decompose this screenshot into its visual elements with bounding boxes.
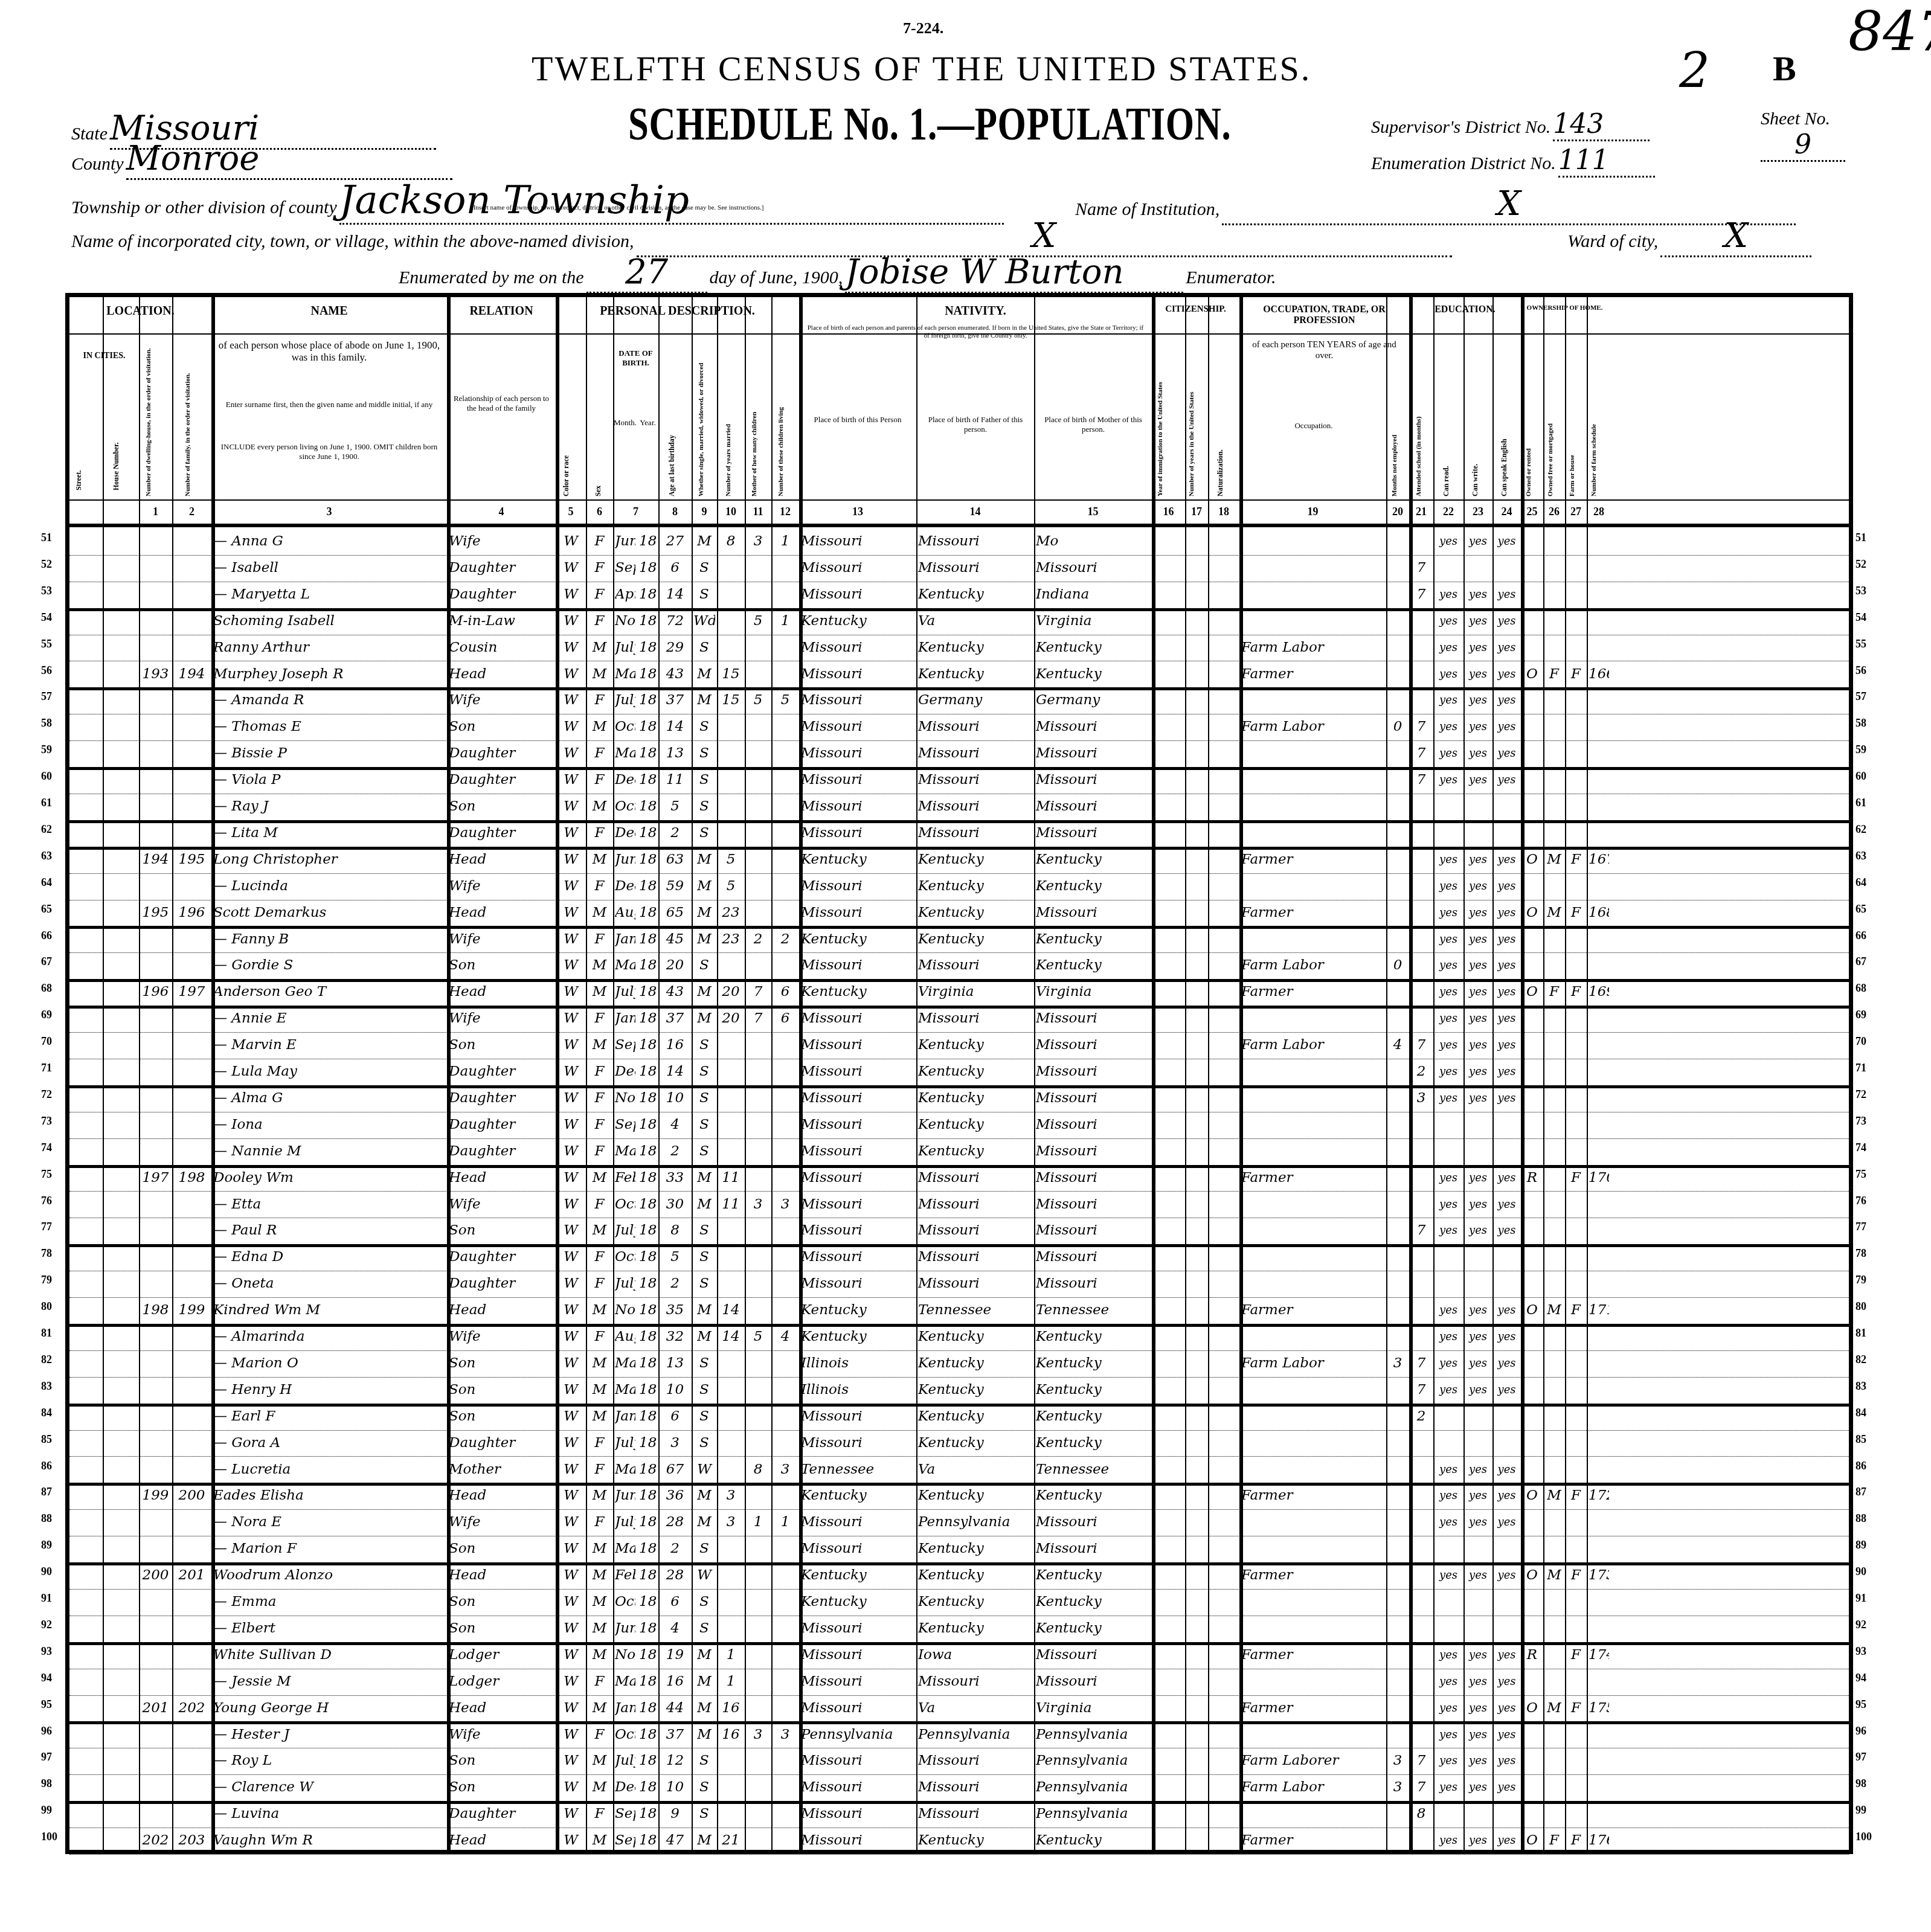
cell-color: W	[557, 1032, 584, 1059]
cell-pobf: Kentucky	[918, 582, 1032, 608]
cell-fs: 167	[1589, 847, 1609, 873]
cell-sch: 7	[1411, 1774, 1431, 1801]
cell-pobm: Kentucky	[1036, 926, 1150, 953]
line-number-left: 73	[41, 1115, 52, 1128]
cell-pob: Missouri	[801, 582, 914, 608]
cell-ms: Wd	[693, 608, 715, 635]
line-number-right: 62	[1855, 823, 1866, 836]
cell-year: 1856	[639, 1695, 657, 1722]
cell-pobm: Pennsylvania	[1036, 1748, 1150, 1774]
cell-read: yes	[1435, 661, 1462, 688]
cell-pob: Missouri	[801, 635, 914, 661]
cell-color: W	[557, 1112, 584, 1138]
cell-age: 67	[660, 1457, 690, 1483]
cell-write: yes	[1465, 1350, 1491, 1377]
table-row: — Edna DDaughterWFOct18945SMissouriMisso…	[69, 1244, 1849, 1271]
cell-month: Aug	[615, 900, 635, 926]
line-number-left: 76	[41, 1195, 52, 1207]
line-number-left: 78	[41, 1247, 52, 1260]
line-number-right: 77	[1855, 1221, 1866, 1233]
cell-own: R	[1523, 1165, 1541, 1192]
cell-pobm: Missouri	[1036, 555, 1150, 582]
line-number-right: 98	[1855, 1777, 1866, 1790]
header-owned-rented: Owned or rented	[1525, 388, 1532, 496]
cell-ms: M	[693, 1722, 715, 1748]
header-marital: Whether single, married, widowed, or div…	[698, 345, 705, 496]
cell-occ: Farmer	[1241, 661, 1384, 688]
line-number-left: 87	[41, 1486, 52, 1498]
line-number-left: 96	[41, 1725, 52, 1738]
cell-mu: 3	[1388, 1748, 1407, 1774]
header-farm-schedule: Number of farm schedule	[1590, 345, 1598, 496]
cell-pobf: Kentucky	[918, 1059, 1032, 1085]
cell-mc: 3	[747, 528, 770, 555]
line-number-right: 73	[1855, 1115, 1866, 1128]
cell-mc: 7	[747, 1006, 770, 1032]
cell-ym: 8	[719, 528, 743, 555]
cell-rel: Wife	[449, 1192, 554, 1218]
table-row: — Amanda RWifeWFJuly186237M1555MissouriG…	[69, 687, 1849, 714]
line-number-right: 99	[1855, 1804, 1866, 1817]
cell-mu: 3	[1388, 1350, 1407, 1377]
cell-own: O	[1523, 1297, 1541, 1324]
cell-color: W	[557, 740, 584, 767]
cell-eng: yes	[1494, 1748, 1519, 1774]
supervisor-district-label: Supervisor's District No.	[1371, 117, 1550, 137]
sheet-number-label: Sheet No.	[1761, 109, 1845, 129]
cell-write: yes	[1465, 1297, 1491, 1324]
cell-pobf: Missouri	[918, 528, 1032, 555]
cell-name: — Henry H	[213, 1377, 445, 1404]
cell-year: 1872	[639, 528, 657, 555]
cell-pobm: Missouri	[1036, 1032, 1150, 1059]
cell-fh: F	[1567, 1165, 1585, 1192]
cell-own: O	[1523, 900, 1541, 926]
cell-name: — Lula May	[213, 1059, 445, 1085]
cell-read: yes	[1435, 528, 1462, 555]
ward-label: Ward of city,	[1567, 231, 1658, 251]
cell-month: Aug	[615, 1324, 635, 1350]
corner-stamp: 847	[1848, 0, 1931, 63]
cell-ms: S	[693, 1350, 715, 1377]
cell-fs: 169	[1589, 979, 1609, 1006]
population-schedule-table: LOCATION. IN CITIES. Street. House Numbe…	[65, 293, 1853, 1854]
line-number-right: 82	[1855, 1353, 1866, 1366]
cell-name: Long Christopher	[213, 847, 445, 873]
cell-rel: Head	[449, 1695, 554, 1722]
cell-pobf: Kentucky	[918, 1483, 1032, 1509]
enumerator-label: Enumerator.	[1186, 268, 1276, 287]
cell-year: 1895	[639, 1112, 657, 1138]
cell-ms: S	[693, 1536, 715, 1562]
table-row: — AlmarindaWifeWFAug186732M1454KentuckyK…	[69, 1324, 1849, 1351]
cell-ms: S	[693, 1138, 715, 1165]
header-age: Age at last birthday	[667, 376, 676, 496]
cell-name: — Edna D	[213, 1244, 445, 1271]
cell-pobm: Mo	[1036, 528, 1150, 555]
table-row: 194195Long ChristopherHeadWMJun183663M5K…	[69, 847, 1849, 874]
cell-pob: Missouri	[801, 1669, 914, 1695]
cell-month: July	[615, 1748, 635, 1774]
cell-sex: M	[588, 1562, 611, 1589]
cell-occ: Farmer	[1241, 1642, 1384, 1669]
cell-pobm: Virginia	[1036, 979, 1150, 1006]
cell-write: yes	[1465, 740, 1491, 767]
table-row: 197198Dooley WmHeadWMFeb186733M11Missour…	[69, 1165, 1849, 1192]
cell-sex: F	[588, 555, 611, 582]
cell-year: 1836	[639, 847, 657, 873]
cell-occ: Farmer	[1241, 1165, 1384, 1192]
header-citizenship: CITIZENSHIP.	[1152, 304, 1239, 315]
cell-color: W	[557, 1192, 584, 1218]
cell-pobm: Kentucky	[1036, 873, 1150, 900]
cell-color: W	[557, 1562, 584, 1589]
enumeration-district-value: 111	[1558, 145, 1655, 178]
table-row: — LuvinaDaughterWFSept18909SMissouriMiss…	[69, 1801, 1849, 1828]
line-number-left: 63	[41, 850, 52, 862]
cell-pobf: Missouri	[918, 1669, 1032, 1695]
cell-sch: 7	[1411, 555, 1431, 582]
cell-year: 1827	[639, 608, 657, 635]
cell-color: W	[557, 767, 584, 794]
cell-age: 16	[660, 1669, 690, 1695]
cell-eng: yes	[1494, 1006, 1519, 1032]
cell-rel: Wife	[449, 1722, 554, 1748]
cell-ms: M	[693, 687, 715, 714]
cell-age: 5	[660, 1244, 690, 1271]
cell-name: — Annie E	[213, 1006, 445, 1032]
cell-month: July	[615, 1509, 635, 1536]
cell-pob: Missouri	[801, 1774, 914, 1801]
cell-pobf: Va	[918, 1695, 1032, 1722]
cell-age: 3	[660, 1430, 690, 1457]
cell-pob: Missouri	[801, 794, 914, 820]
cell-sex: M	[588, 952, 611, 979]
cell-pobf: Missouri	[918, 767, 1032, 794]
line-number-left: 51	[41, 531, 52, 544]
cell-age: 47	[660, 1828, 690, 1854]
cell-pob: Missouri	[801, 528, 914, 555]
line-number-right: 81	[1855, 1327, 1866, 1340]
cell-color: W	[557, 528, 584, 555]
header-dwelling-number: Number of dwelling-house, in the order o…	[145, 345, 152, 496]
table-row: — OnetaDaughterWFJuly18972SMissouriMisso…	[69, 1271, 1849, 1298]
cell-month: Feb	[615, 1165, 635, 1192]
cell-year: 1879	[639, 952, 657, 979]
cell-pobf: Missouri	[918, 1748, 1032, 1774]
cell-sex: F	[588, 740, 611, 767]
cell-fs: 173	[1589, 1562, 1609, 1589]
cell-eng: yes	[1494, 1457, 1519, 1483]
cell-ym: 1	[719, 1669, 743, 1695]
cell-year: 1890	[639, 1377, 657, 1404]
cell-mu: 4	[1388, 1032, 1407, 1059]
column-number: 18	[1208, 505, 1239, 518]
line-number-left: 95	[41, 1698, 52, 1711]
table-row: — Alma GDaughterWFNov188910SMissouriKent…	[69, 1085, 1849, 1112]
line-number-left: 83	[41, 1380, 52, 1393]
cell-color: W	[557, 1801, 584, 1828]
cell-ym: 14	[719, 1297, 743, 1324]
cell-color: W	[557, 635, 584, 661]
cell-pob: Kentucky	[801, 608, 914, 635]
cell-rel: Head	[449, 1828, 554, 1854]
cell-pobm: Kentucky	[1036, 1377, 1150, 1404]
cell-year: 1894	[639, 794, 657, 820]
enumerator-name: Jobise W Burton	[845, 252, 1183, 294]
cell-pobf: Virginia	[918, 979, 1032, 1006]
cell-name: Young George H	[213, 1695, 445, 1722]
cell-pob: Missouri	[801, 1006, 914, 1032]
cell-dw: 194	[141, 847, 170, 873]
enumerated-line: Enumerated by me on the 27 day of June, …	[399, 252, 1276, 294]
cell-month: Oct	[615, 1589, 635, 1616]
table-row: — Paul RSonWMJuly18918SMissouriMissouriM…	[69, 1218, 1849, 1247]
cell-pobm: Missouri	[1036, 1218, 1150, 1244]
cell-eng: yes	[1494, 1297, 1519, 1324]
header-mother-of: Mother of how many children	[751, 345, 758, 496]
cell-write: yes	[1465, 1085, 1491, 1112]
line-number-left: 72	[41, 1088, 52, 1101]
cell-pobm: Missouri	[1036, 794, 1150, 820]
cell-age: 2	[660, 1536, 690, 1562]
cell-ym: 20	[719, 1006, 743, 1032]
city-label: Name of incorporated city, town, or vill…	[71, 231, 634, 251]
cell-name: — Bissie P	[213, 740, 445, 767]
cell-fs: 175	[1589, 1695, 1609, 1722]
cell-color: W	[557, 1059, 584, 1085]
header-attended-school: Attended school (in months)	[1415, 345, 1422, 496]
cell-color: W	[557, 952, 584, 979]
header-nativity: NATIVITY.	[799, 304, 1152, 318]
line-number-left: 55	[41, 638, 52, 650]
cell-sex: F	[588, 1324, 611, 1350]
cell-color: W	[557, 1774, 584, 1801]
line-number-right: 74	[1855, 1141, 1866, 1154]
cell-age: 14	[660, 714, 690, 740]
cell-eng: yes	[1494, 1483, 1519, 1509]
column-number: 17	[1185, 505, 1208, 518]
cell-year: 1885	[639, 714, 657, 740]
cell-write: yes	[1465, 1192, 1491, 1218]
table-row: — Marvin ESonWMSept188316SMissouriKentuc…	[69, 1032, 1849, 1059]
cell-ms: S	[693, 1377, 715, 1404]
cell-ms: M	[693, 1828, 715, 1854]
line-number-right: 97	[1855, 1751, 1866, 1764]
cell-write: yes	[1465, 1722, 1491, 1748]
cell-name: — Emma	[213, 1589, 445, 1616]
cell-cl: 4	[773, 1324, 797, 1350]
cell-sex: M	[588, 1032, 611, 1059]
cell-occ: Farmer	[1241, 1297, 1384, 1324]
cell-ms: S	[693, 794, 715, 820]
cell-ym: 15	[719, 687, 743, 714]
cell-ym: 3	[719, 1509, 743, 1536]
cell-month: Sept	[615, 1828, 635, 1854]
cell-read: yes	[1435, 1722, 1462, 1748]
cell-rel: Son	[449, 1589, 554, 1616]
line-number-right: 65	[1855, 903, 1866, 916]
cell-write: yes	[1465, 661, 1491, 688]
cell-ms: M	[693, 1192, 715, 1218]
table-row: — Henry HSonWMMar189010SIllinoisKentucky…	[69, 1377, 1849, 1407]
header-relation-desc: Relationship of each person to the head …	[453, 394, 550, 412]
cell-pob: Kentucky	[801, 1589, 914, 1616]
cell-ym: 16	[719, 1695, 743, 1722]
cell-month: Oct	[615, 794, 635, 820]
cell-eng: yes	[1494, 1059, 1519, 1085]
cell-year: 1887	[639, 1748, 657, 1774]
line-number-left: 69	[41, 1009, 52, 1021]
cell-rel: Daughter	[449, 555, 554, 582]
cell-pobm: Kentucky	[1036, 1562, 1150, 1589]
cell-pobm: Missouri	[1036, 1271, 1150, 1297]
cell-eng: yes	[1494, 608, 1519, 635]
line-number-left: 92	[41, 1619, 52, 1631]
cell-fm: M	[1545, 1297, 1563, 1324]
cell-eng: yes	[1494, 952, 1519, 979]
cell-read: yes	[1435, 740, 1462, 767]
cell-sch: 2	[1411, 1059, 1431, 1085]
cell-name: Dooley Wm	[213, 1165, 445, 1192]
cell-mc: 2	[747, 926, 770, 953]
cell-cl: 6	[773, 979, 797, 1006]
cell-ms: S	[693, 820, 715, 847]
cell-pobf: Missouri	[918, 1165, 1032, 1192]
cell-read: yes	[1435, 1297, 1462, 1324]
cell-write: yes	[1465, 1774, 1491, 1801]
line-number-left: 88	[41, 1512, 52, 1525]
cell-pobm: Missouri	[1036, 1138, 1150, 1165]
enumeration-district-field: Enumeration District No. 111	[1371, 145, 1655, 178]
cell-color: W	[557, 979, 584, 1006]
cell-age: 14	[660, 582, 690, 608]
cell-eng: yes	[1494, 900, 1519, 926]
cell-eng: yes	[1494, 926, 1519, 953]
cell-year: 1890	[639, 1801, 657, 1828]
cell-ms: S	[693, 1032, 715, 1059]
cell-ms: M	[693, 1695, 715, 1722]
cell-year: 1840	[639, 873, 657, 900]
cell-pobf: Pennsylvania	[918, 1509, 1032, 1536]
cell-pobf: Missouri	[918, 952, 1032, 979]
cell-eng: yes	[1494, 1509, 1519, 1536]
header-pob-mother: Place of birth of Mother of this person.	[1037, 415, 1149, 434]
cell-fs: 170	[1589, 1165, 1609, 1192]
cell-ms: M	[693, 900, 715, 926]
cell-rel: Wife	[449, 1324, 554, 1350]
cell-dw: 198	[141, 1297, 170, 1324]
cell-rel: Lodger	[449, 1669, 554, 1695]
line-number-left: 94	[41, 1672, 52, 1684]
cell-write: yes	[1465, 1218, 1491, 1244]
cell-name: — Marion F	[213, 1536, 445, 1562]
cell-sex: F	[588, 528, 611, 555]
cell-occ: Farm Labor	[1241, 635, 1384, 661]
cell-rel: Wife	[449, 1509, 554, 1536]
cell-age: 29	[660, 635, 690, 661]
cell-read: yes	[1435, 926, 1462, 953]
cell-sex: F	[588, 582, 611, 608]
cell-pobf: Kentucky	[918, 1562, 1032, 1589]
cell-pobf: Missouri	[918, 1244, 1032, 1271]
cell-cl: 1	[773, 528, 797, 555]
cell-pob: Missouri	[801, 1271, 914, 1297]
cell-sch: 7	[1411, 767, 1431, 794]
line-number-left: 66	[41, 929, 52, 942]
cell-rel: Daughter	[449, 1244, 554, 1271]
cell-name: — Gordie S	[213, 952, 445, 979]
cell-fh: F	[1567, 1828, 1585, 1854]
cell-sex: M	[588, 1350, 611, 1377]
cell-ms: M	[693, 1483, 715, 1509]
cell-read: yes	[1435, 1669, 1462, 1695]
table-row: — Earl FSonWMJan18946SMissouriKentuckyKe…	[69, 1404, 1849, 1431]
header-occupation-desc: of each person TEN YEARS of age and over…	[1245, 339, 1403, 361]
cell-rel: Head	[449, 1483, 554, 1509]
table-row: 195196Scott DemarkusHeadWMAug183465M23Mi…	[69, 900, 1849, 929]
cell-year: 1896	[639, 1430, 657, 1457]
cell-month: Dec	[615, 1774, 635, 1801]
column-number: 11	[745, 505, 771, 518]
cell-fh: F	[1567, 1297, 1585, 1324]
cell-month: Oct	[615, 714, 635, 740]
cell-year: 1884	[639, 1669, 657, 1695]
cell-sch: 7	[1411, 1218, 1431, 1244]
cell-name: — Luvina	[213, 1801, 445, 1828]
cell-sex: M	[588, 1589, 611, 1616]
cell-year: 1862	[639, 1006, 657, 1032]
cell-sex: F	[588, 1430, 611, 1457]
cell-ym: 21	[719, 1828, 743, 1854]
city-field: Name of incorporated city, town, or vill…	[71, 216, 1452, 257]
header-pob-father: Place of birth of Father of this person.	[919, 415, 1032, 434]
cell-pobf: Kentucky	[918, 900, 1032, 926]
cell-name: — Nannie M	[213, 1138, 445, 1165]
line-number-left: 91	[41, 1592, 52, 1605]
cell-pobm: Missouri	[1036, 1669, 1150, 1695]
column-number: 6	[586, 505, 613, 518]
cell-sex: F	[588, 1801, 611, 1828]
cell-pobf: Missouri	[918, 1006, 1032, 1032]
line-number-left: 85	[41, 1433, 52, 1446]
cell-age: 19	[660, 1642, 690, 1669]
cell-age: 6	[660, 1589, 690, 1616]
cell-age: 13	[660, 1350, 690, 1377]
header-in-cities: IN CITIES.	[69, 351, 139, 361]
cell-dw: 199	[141, 1483, 170, 1509]
cell-age: 10	[660, 1377, 690, 1404]
cell-pob: Missouri	[801, 1430, 914, 1457]
cell-read: yes	[1435, 1483, 1462, 1509]
cell-name: — Maryetta L	[213, 582, 445, 608]
line-number-left: 79	[41, 1274, 52, 1286]
column-number: 3	[211, 505, 447, 518]
cell-pobf: Kentucky	[918, 1138, 1032, 1165]
cell-eng: yes	[1494, 1324, 1519, 1350]
cell-read: yes	[1435, 582, 1462, 608]
cell-pobm: Missouri	[1036, 767, 1150, 794]
line-number-right: 76	[1855, 1195, 1866, 1207]
header-month: Month.	[613, 418, 637, 428]
cell-fh: F	[1567, 1695, 1585, 1722]
column-number: 7	[613, 505, 658, 518]
header-immigration: Year of immigration to the United States	[1157, 345, 1164, 496]
cell-pob: Pennsylvania	[801, 1722, 914, 1748]
line-number-right: 66	[1855, 929, 1866, 942]
cell-pob: Missouri	[801, 1748, 914, 1774]
cell-sex: F	[588, 1244, 611, 1271]
